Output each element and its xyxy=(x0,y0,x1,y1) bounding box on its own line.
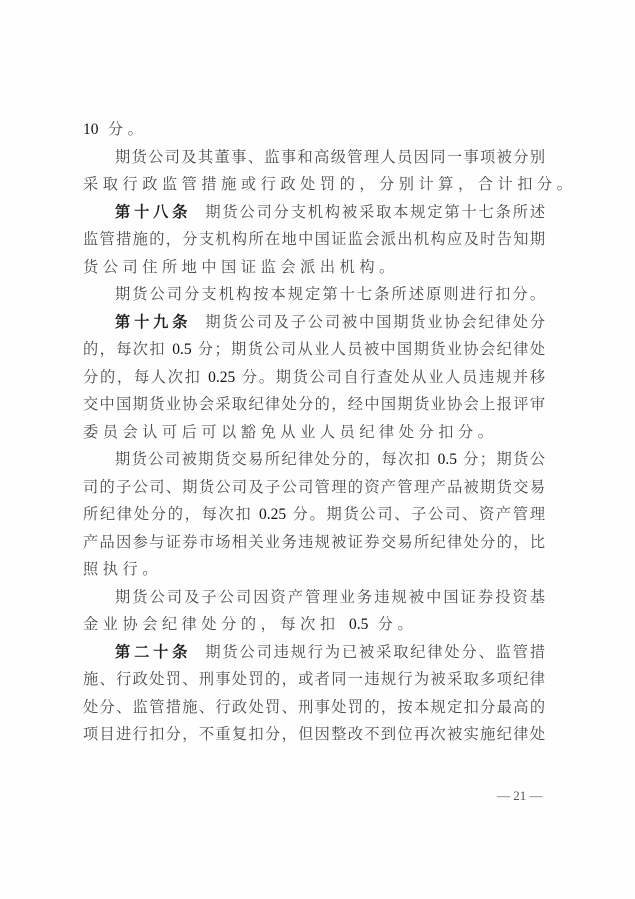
line-text: 分。 xyxy=(99,120,148,138)
text-line: 所纪律处分的，每次扣 0.25 分。期货公司、子公司、资产管理 xyxy=(83,501,545,529)
line-text: 项目进行扣分，不重复扣分，但因整改不到位再次被实施纪律处 xyxy=(83,725,545,743)
line-text: 期货公司及子公司因资产管理业务违规被中国证券投资基 xyxy=(115,588,545,606)
line-text: 所纪律处分的，每次扣 xyxy=(83,505,259,523)
line-text: 期货公司分支机构被采取本规定第十七条所述 xyxy=(205,203,545,221)
text-line: 分的，每人次扣 0.25 分。期货公司自行查处从业人员违规并移 xyxy=(83,364,545,392)
text-line: 产品因参与证券市场相关业务违规被证券交易所纪律处分的，比 xyxy=(83,529,545,557)
text-line: 第二十条期货公司违规行为已被采取纪律处分、监管措 xyxy=(83,639,545,667)
line-text: 产品因参与证券市场相关业务违规被证券交易所纪律处分的，比 xyxy=(83,533,545,551)
text-line: 委员会认可后可以豁免从业人员纪律处分扣分。 xyxy=(83,419,545,447)
line-text: 的，每次扣 xyxy=(83,340,172,358)
number-value: 0.5 xyxy=(349,616,368,633)
text-line: 期货公司及其董事、监事和高级管理人员因同一事项被分别 xyxy=(83,144,545,172)
text-line: 照执行。 xyxy=(83,556,545,584)
line-text: 处分、监管措施、行政处罚、刑事处罚的，按本规定扣分最高的 xyxy=(83,698,545,716)
line-text: 分。期货公司自行查处从业人员违规并移 xyxy=(235,368,545,386)
line-text: 照执行。 xyxy=(83,560,162,578)
line-text: 期货公司及子公司被中国期货业协会纪律处分 xyxy=(205,313,545,331)
line-text: 分；期货公司从业人员被中国期货业协会纪律处 xyxy=(192,340,545,358)
text-line: 第十八条期货公司分支机构被采取本规定第十七条所述 xyxy=(83,199,545,227)
article-heading: 第十八条 xyxy=(115,203,191,221)
text-line: 监管措施的，分支机构所在地中国证监会派出机构应及时告知期 xyxy=(83,226,545,254)
line-text: 采取行政监管措施或行政处罚的，分别计算，合计扣分。 xyxy=(83,175,576,193)
number-value: 10 xyxy=(83,121,99,138)
page-number: — 21 — xyxy=(497,788,543,804)
line-text: 司的子公司、期货公司及子公司管理的资产管理产品被期货交易 xyxy=(83,478,545,496)
text-line: 期货公司分支机构按本规定第十七条所述原则进行扣分。 xyxy=(83,281,545,309)
text-line: 的，每次扣 0.5 分；期货公司从业人员被中国期货业协会纪律处 xyxy=(83,336,545,364)
line-text: 期货公司违规行为已被采取纪律处分、监管措 xyxy=(205,643,545,661)
text-line: 项目进行扣分，不重复扣分，但因整改不到位再次被实施纪律处 xyxy=(83,721,545,749)
line-text: 分。 xyxy=(368,615,417,633)
line-text: 分的，每人次扣 xyxy=(83,368,208,386)
text-line: 期货公司及子公司因资产管理业务违规被中国证券投资基 xyxy=(83,584,545,612)
article-heading: 第二十条 xyxy=(115,643,191,661)
line-text: 货公司住所地中国证监会派出机构。 xyxy=(83,258,399,276)
article-heading: 第十九条 xyxy=(115,313,191,331)
line-text: 金业协会纪律处分的，每次扣 xyxy=(83,615,349,633)
number-value: 0.5 xyxy=(172,341,191,358)
text-line: 10 分。 xyxy=(83,116,545,144)
text-line: 第十九条期货公司及子公司被中国期货业协会纪律处分 xyxy=(83,309,545,337)
line-text: 监管措施的，分支机构所在地中国证监会派出机构应及时告知期 xyxy=(83,230,545,248)
text-line: 处分、监管措施、行政处罚、刑事处罚的，按本规定扣分最高的 xyxy=(83,694,545,722)
text-line: 期货公司被期货交易所纪律处分的，每次扣 0.5 分；期货公 xyxy=(83,446,545,474)
number-value: 0.25 xyxy=(259,506,286,523)
text-line: 采取行政监管措施或行政处罚的，分别计算，合计扣分。 xyxy=(83,171,545,199)
text-line: 施、行政处罚、刑事处罚的，或者同一违规行为被采取多项纪律 xyxy=(83,666,545,694)
line-text: 期货公司分支机构按本规定第十七条所述原则进行扣分。 xyxy=(115,285,545,303)
line-text: 施、行政处罚、刑事处罚的，或者同一违规行为被采取多项纪律 xyxy=(83,670,545,688)
text-line: 货公司住所地中国证监会派出机构。 xyxy=(83,254,545,282)
line-text: 交中国期货业协会采取纪律处分的，经中国期货业协会上报评审 xyxy=(83,395,545,413)
text-line: 司的子公司、期货公司及子公司管理的资产管理产品被期货交易 xyxy=(83,474,545,502)
document-page: 10 分。期货公司及其董事、监事和高级管理人员因同一事项被分别采取行政监管措施或… xyxy=(0,0,635,899)
line-text: 分。期货公司、子公司、资产管理 xyxy=(286,505,545,523)
line-text: 委员会认可后可以豁免从业人员纪律处分扣分。 xyxy=(83,423,498,441)
document-body: 10 分。期货公司及其董事、监事和高级管理人员因同一事项被分别采取行政监管措施或… xyxy=(83,116,545,749)
line-text: 分；期货公 xyxy=(457,450,545,468)
line-text: 期货公司及其董事、监事和高级管理人员因同一事项被分别 xyxy=(115,148,545,166)
number-value: 0.25 xyxy=(208,369,235,386)
line-text: 期货公司被期货交易所纪律处分的，每次扣 xyxy=(115,450,438,468)
text-line: 金业协会纪律处分的，每次扣 0.5 分。 xyxy=(83,611,545,639)
number-value: 0.5 xyxy=(438,451,457,468)
text-line: 交中国期货业协会采取纪律处分的，经中国期货业协会上报评审 xyxy=(83,391,545,419)
